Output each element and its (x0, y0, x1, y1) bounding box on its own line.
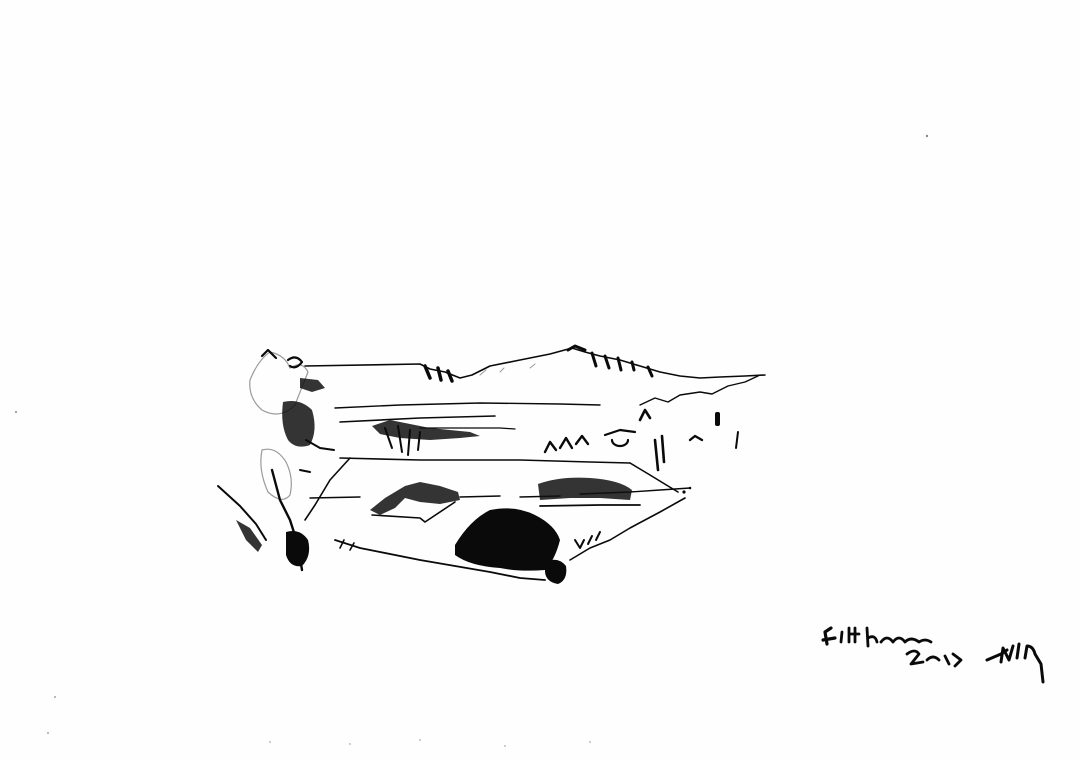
paper-speckles (15, 135, 928, 747)
farm (305, 458, 691, 584)
artist-signature: 2014 (815, 620, 1060, 695)
field-lines (310, 403, 690, 498)
mountain-ridge (305, 346, 765, 405)
svg-text:2014: 2014 (815, 620, 856, 624)
left-tree (218, 350, 334, 570)
